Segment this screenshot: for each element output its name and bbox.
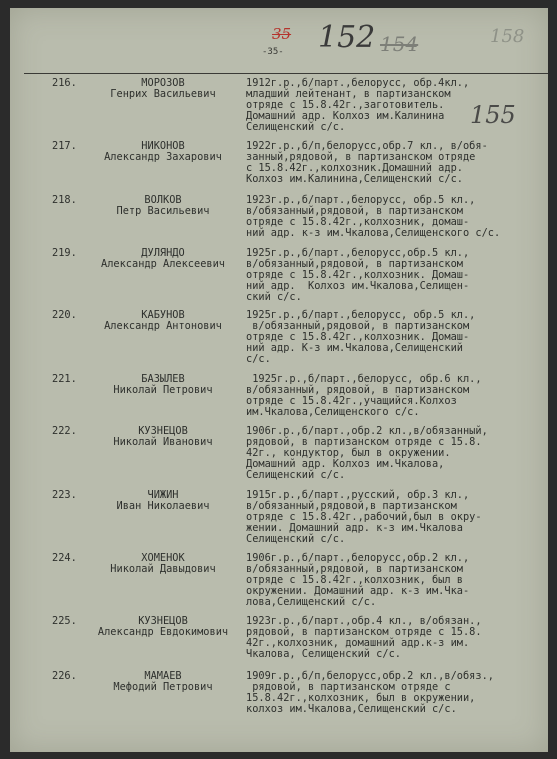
record-name: ВОЛКОВ Петр Васильевич (88, 195, 238, 217)
given-names: Александр Евдокимович (88, 627, 238, 638)
given-names: Александр Антонович (88, 321, 238, 332)
record-name: БАЗЫЛЕВ Николай Петрович (88, 374, 238, 396)
record-description: 1915г.р.,б/парт.,русский, обр.3 кл., в/о… (246, 490, 516, 545)
given-names: Александр Захарович (88, 152, 238, 163)
record-number: 226. (52, 671, 77, 682)
handwritten-faint-number: 158 (490, 26, 524, 47)
record-number: 217. (52, 141, 77, 152)
given-names: Мефодий Петрович (88, 682, 238, 693)
record-description: 1906г.р.,б/парт.,белорусс,обр.2 кл., в/о… (246, 553, 516, 608)
record-number: 221. (52, 374, 77, 385)
handwritten-sheet-number: 152 (318, 20, 375, 55)
typed-page-number: -35- (262, 47, 284, 57)
given-names: Николай Петрович (88, 385, 238, 396)
given-names: Николай Иванович (88, 437, 238, 448)
handwritten-crossed-number: 154 (380, 32, 418, 56)
record-description: 1912г.р.,б/парт.,белорусс, обр.4кл., мла… (246, 78, 516, 133)
record-name: ДУЛЯНДО Александр Алексеевич (88, 248, 238, 270)
record-name: КУЗНЕЦОВ Александр Евдокимович (88, 616, 238, 638)
given-names: Александр Алексеевич (88, 259, 238, 270)
record-number: 225. (52, 616, 77, 627)
record-name: КАБУНОВ Александр Антонович (88, 310, 238, 332)
document-page: 35 -35- 152 154 158 155 216. МОРОЗОВ Ген… (10, 8, 548, 752)
given-names: Николай Давыдович (88, 564, 238, 575)
header-divider (24, 73, 548, 74)
record-description: 1925г.р.,б/парт.,белорусс, обр.6 кл., в/… (246, 374, 516, 418)
record-name: МОРОЗОВ Генрих Васильевич (88, 78, 238, 100)
record-number: 222. (52, 426, 77, 437)
red-crossed-page-number: 35 (272, 25, 291, 43)
record-name: МАМАЕВ Мефодий Петрович (88, 671, 238, 693)
record-number: 218. (52, 195, 77, 206)
record-description: 1922г.р.,б/п,белорусс,обр.7 кл., в/обя- … (246, 141, 516, 185)
record-number: 223. (52, 490, 77, 501)
record-description: 1923г.р.,б/парт.,обр.4 кл., в/обязан., р… (246, 616, 516, 660)
record-number: 219. (52, 248, 77, 259)
record-number: 224. (52, 553, 77, 564)
record-number: 220. (52, 310, 77, 321)
record-description: 1925г.р.,б/парт.,белорусс,обр.5 кл., в/о… (246, 248, 516, 303)
record-name: НИКОНОВ Александр Захарович (88, 141, 238, 163)
record-description: 1909г.р.,б/п,белорусс,обр.2 кл.,в/обяз.,… (246, 671, 516, 715)
record-number: 216. (52, 78, 77, 89)
given-names: Генрих Васильевич (88, 89, 238, 100)
record-description: 1925г.р.,б/парт.,белорусс, обр.5 кл., в/… (246, 310, 516, 365)
record-description: 1906г.р.,б/парт.,обр.2 кл.,в/обязанный, … (246, 426, 516, 481)
record-name: ХОМЕНОК Николай Давыдович (88, 553, 238, 575)
record-name: КУЗНЕЦОВ Николай Иванович (88, 426, 238, 448)
given-names: Иван Николаевич (88, 501, 238, 512)
record-name: ЧИЖИН Иван Николаевич (88, 490, 238, 512)
record-description: 1923г.р.,б/парт.,белорусс, обр.5 кл., в/… (246, 195, 516, 239)
given-names: Петр Васильевич (88, 206, 238, 217)
